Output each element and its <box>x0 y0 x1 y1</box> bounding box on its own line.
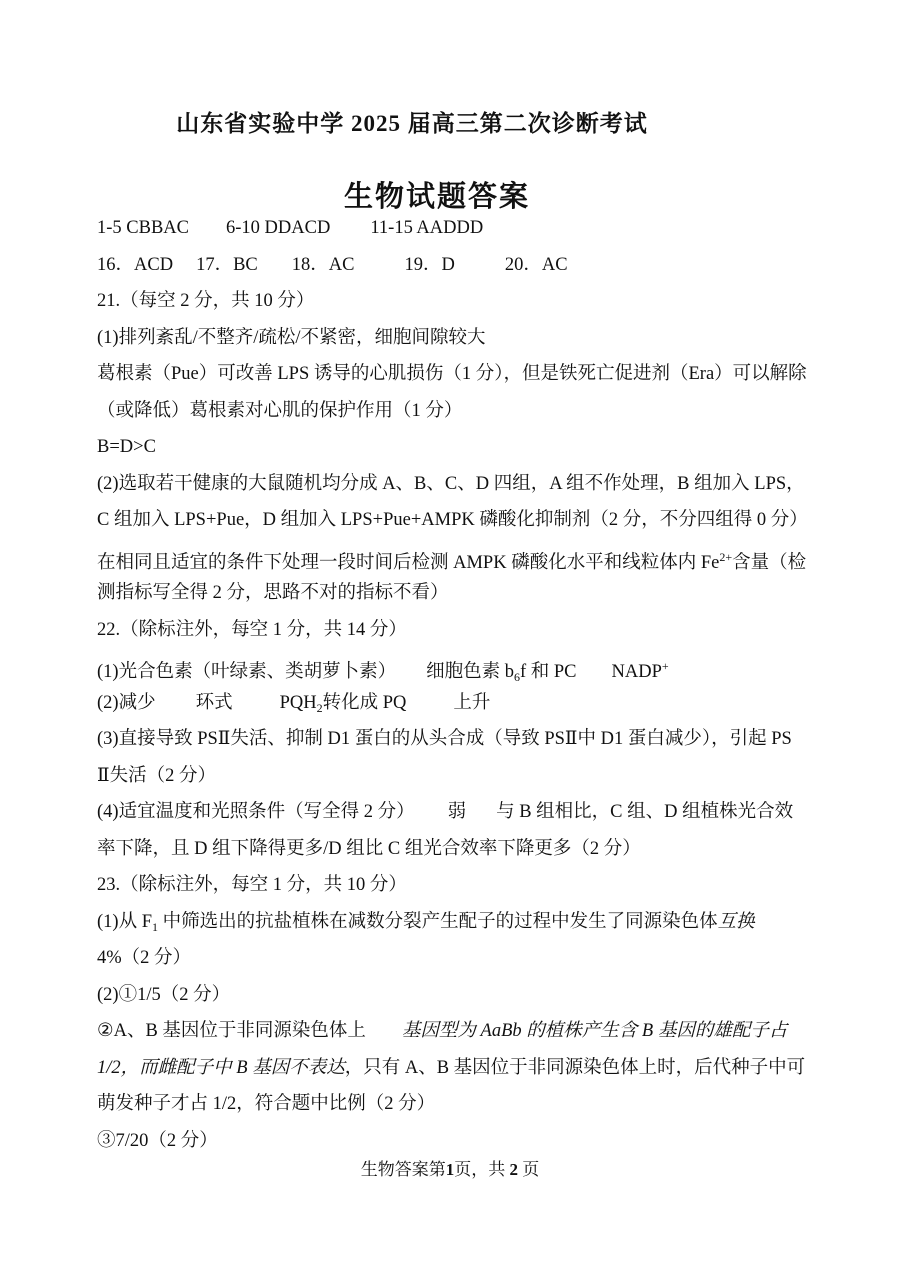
text-segment: 基因型为 AaBb 的植株产生含 B 基因的雄配子占 <box>402 1021 787 1041</box>
answer-gap <box>396 676 426 677</box>
text-segment: （或降低）葛根素对心肌的保护作用（1 分） <box>97 401 462 421</box>
q23-answer-2-3: ③7/20（2 分） <box>97 1123 813 1160</box>
text-segment: 1-5 CBBAC <box>97 218 189 238</box>
q21-header: 21.（每空 2 分，共 10 分） <box>97 283 813 320</box>
text-segment: 22.（除标注外，每空 1 分，共 14 分） <box>97 620 407 640</box>
text-segment: (2)减少 <box>97 693 156 713</box>
q22-answer-3: (3)直接导致 PSⅡ失活、抑制 D1 蛋白的从头合成（导致 PSⅡ中 D1 蛋… <box>97 721 813 758</box>
text-segment: Ⅱ失活（2 分） <box>97 766 216 786</box>
q21-answer-2d: 测指标写全得 2 分，思路不对的指标不看） <box>97 575 813 612</box>
q23-answer-2-2b: 1/2，而雌配子中 B 基因不表达，只有 A、B 基因位于非同源染色体上时，后代… <box>97 1050 813 1087</box>
answer-gap <box>233 707 280 708</box>
text-segment: 16．ACD <box>97 255 173 275</box>
text-segment: (2)①1/5（2 分） <box>97 985 230 1005</box>
q21-answer-2c: 在相同且适宜的条件下处理一段时间后检测 AMPK 磷酸化水平和线粒体内 Fe2+… <box>97 539 813 576</box>
subject-subtitle-text: 生物试题答案 <box>344 181 530 213</box>
q21-answer-1c: （或降低）葛根素对心肌的保护作用（1 分） <box>97 393 813 430</box>
text-segment: (2)选取若干健康的大鼠随机均分成 A、B、C、D 四组，A 组不作处理，B 组… <box>97 474 805 494</box>
text-segment: 17．BC <box>196 255 258 275</box>
text-segment: 葛根素（Pue）可改善 LPS 诱导的心肌损伤（1 分），但是铁死亡促进剂（Er… <box>97 364 807 384</box>
answer-gap <box>156 707 196 708</box>
answer-gap <box>406 707 453 708</box>
text-segment: 测指标写全得 2 分，思路不对的指标不看） <box>97 583 449 603</box>
q23-answer-2-1: (2)①1/5（2 分） <box>97 977 813 1014</box>
text-segment: (1)排列紊乱/不整齐/疏松/不紧密，细胞间隙较大 <box>97 328 486 348</box>
q22-answer-2: (2)减少环式PQH2转化成 PQ上升 <box>97 685 813 722</box>
subject-subtitle: 生物试题答案 <box>0 174 900 215</box>
text-segment: 生物答案第 <box>361 1160 446 1179</box>
text-segment: ②A、B 基因位于非同源染色体上 <box>97 1021 366 1041</box>
text-segment: (1)光合色素（叶绿素、类胡萝卜素） <box>97 662 396 682</box>
text-segment: (1)从 F <box>97 912 152 932</box>
text-segment: 环式 <box>196 693 233 713</box>
exam-title: 山东省实验中学 2025 届高三第二次诊断考试 <box>0 105 900 138</box>
q21-answer-1b: 葛根素（Pue）可改善 LPS 诱导的心肌损伤（1 分），但是铁死亡促进剂（Er… <box>97 356 813 393</box>
text-segment: NADP <box>612 662 662 682</box>
text-segment: 4%（2 分） <box>97 948 191 968</box>
page-footer: 生物答案第1页，共 2 页 <box>0 1155 900 1185</box>
text-segment: 互换 <box>718 912 755 932</box>
text-segment: 23.（除标注外，每空 1 分，共 10 分） <box>97 875 407 895</box>
text-segment: ，只有 A、B 基因位于非同源染色体上时，后代种子中可 <box>345 1058 805 1078</box>
q23-answer-1b: 4%（2 分） <box>97 940 813 977</box>
answer-gap <box>189 232 226 233</box>
answer-gap <box>366 1035 402 1036</box>
q22-header: 22.（除标注外，每空 1 分，共 14 分） <box>97 612 813 649</box>
text-segment: 2 <box>510 1160 519 1179</box>
text-segment: 细胞色素 b <box>426 662 514 682</box>
text-segment: 20．AC <box>505 255 568 275</box>
text-segment: (4)适宜温度和光照条件（写全得 2 分） <box>97 802 415 822</box>
q22-answer-4: (4)适宜温度和光照条件（写全得 2 分）弱与 B 组相比，C 组、D 组植株光… <box>97 794 813 831</box>
text-segment: 含量（检 <box>732 553 806 573</box>
answer-gap <box>415 816 448 817</box>
choice-answers-16-20: 16．ACD17．BC18．AC19．D20．AC <box>97 247 813 284</box>
q22-answer-4b: 率下降，且 D 组下降得更多/D 组比 C 组光合效率下降更多（2 分） <box>97 831 813 868</box>
q23-answer-2-2: ②A、B 基因位于非同源染色体上基因型为 AaBb 的植株产生含 B 基因的雄配… <box>97 1013 813 1050</box>
text-segment: PQH <box>280 693 317 713</box>
text-segment: C 组加入 LPS+Pue，D 组加入 LPS+Pue+AMPK 磷酸化抑制剂（… <box>97 510 808 530</box>
answer-gap <box>258 269 292 270</box>
q21-answer-1: (1)排列紊乱/不整齐/疏松/不紧密，细胞间隙较大 <box>97 320 813 357</box>
q22-answer-3b: Ⅱ失活（2 分） <box>97 758 813 795</box>
answer-gap <box>577 676 612 677</box>
text-segment: (3)直接导致 PSⅡ失活、抑制 D1 蛋白的从头合成（导致 PSⅡ中 D1 蛋… <box>97 729 792 749</box>
text-segment: f 和 PC <box>520 662 577 682</box>
answer-sheet-page: 山东省实验中学 2025 届高三第二次诊断考试 生物试题答案 1-5 CBBAC… <box>0 0 900 1271</box>
text-segment: B=D>C <box>97 437 156 457</box>
answer-gap <box>466 816 496 817</box>
text-segment: 21.（每空 2 分，共 10 分） <box>97 291 314 311</box>
q21-answer-2: (2)选取若干健康的大鼠随机均分成 A、B、C、D 四组，A 组不作处理，B 组… <box>97 466 813 503</box>
q22-answer-1: (1)光合色素（叶绿素、类胡萝卜素）细胞色素 b6f 和 PCNADP+ <box>97 648 813 685</box>
choice-answers-1-15: 1-5 CBBAC6-10 DDACD11-15 AADDD <box>97 210 813 247</box>
text-segment: 中筛选出的抗盐植株在减数分裂产生配子的过程中发生了同源染色体 <box>158 912 718 932</box>
text-segment: 1/2，而雌配子中 B 基因不表达 <box>97 1058 345 1078</box>
text-segment: 萌发种子才占 1/2，符合题中比例（2 分） <box>97 1094 435 1114</box>
answer-gap <box>354 269 404 270</box>
text-segment: 2+ <box>719 550 732 564</box>
text-segment: 转化成 PQ <box>323 693 407 713</box>
answer-gap <box>455 269 505 270</box>
q23-answer-1: (1)从 F1 中筛选出的抗盐植株在减数分裂产生配子的过程中发生了同源染色体互换 <box>97 904 813 941</box>
exam-title-text: 山东省实验中学 2025 届高三第二次诊断考试 <box>176 111 648 136</box>
text-segment: 在相同且适宜的条件下处理一段时间后检测 AMPK 磷酸化水平和线粒体内 Fe <box>97 553 719 573</box>
text-segment: 6-10 DDACD <box>226 218 330 238</box>
q23-header: 23.（除标注外，每空 1 分，共 10 分） <box>97 867 813 904</box>
text-segment: 1 <box>446 1160 455 1179</box>
text-segment: 页，共 <box>454 1160 509 1179</box>
q21-answer-2b: C 组加入 LPS+Pue，D 组加入 LPS+Pue+AMPK 磷酸化抑制剂（… <box>97 502 813 539</box>
text-segment: 19．D <box>404 255 454 275</box>
text-segment: 与 B 组相比，C 组、D 组植株光合效 <box>496 802 793 822</box>
text-segment: 弱 <box>448 802 467 822</box>
text-segment: 率下降，且 D 组下降得更多/D 组比 C 组光合效率下降更多（2 分） <box>97 839 641 859</box>
answer-lines: 1-5 CBBAC6-10 DDACD11-15 AADDD16．ACD17．B… <box>97 210 813 1159</box>
text-segment: + <box>662 659 669 673</box>
q21-answer-1d: B=D>C <box>97 429 813 466</box>
answer-gap <box>330 232 370 233</box>
text-segment: 11-15 AADDD <box>370 218 483 238</box>
answer-gap <box>173 269 196 270</box>
text-segment: 18．AC <box>292 255 355 275</box>
q23-answer-2-2c: 萌发种子才占 1/2，符合题中比例（2 分） <box>97 1086 813 1123</box>
text-segment: 上升 <box>453 693 490 713</box>
text-segment: ③7/20（2 分） <box>97 1131 218 1151</box>
text-segment: 页 <box>518 1160 539 1179</box>
